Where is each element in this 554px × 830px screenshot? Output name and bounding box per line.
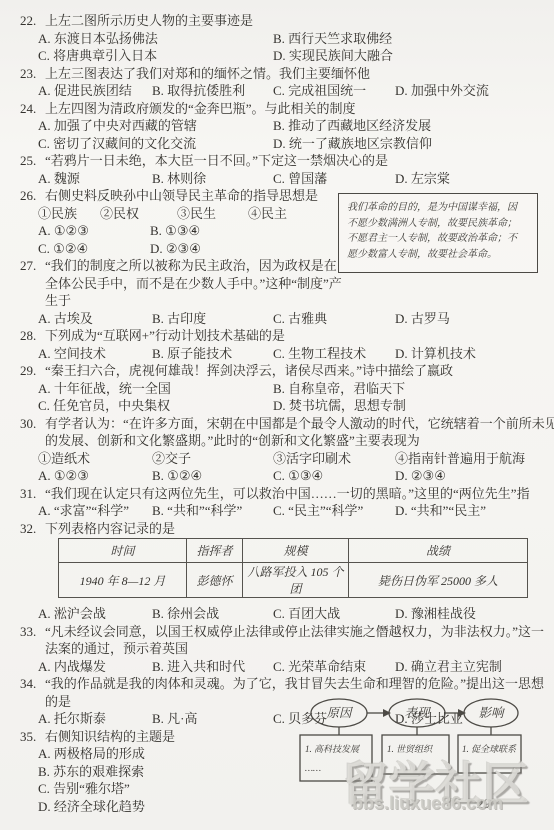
q24-option-b: B. 推动了西藏地区经济发展 <box>273 117 554 135</box>
q27-stem-line-1: “我们的制度之所以被称为民主政治，因为政权是在 <box>45 257 337 275</box>
q29-option-a: A. 十年征战，统一全国 <box>38 380 273 398</box>
q29-stem: 29.“秦王扫六合，虎视何雄哉！挥剑决浮云，诸侯尽西来。”诗中描绘了嬴政 <box>0 362 554 380</box>
q35-box-manifestation <box>382 735 449 774</box>
q26-box-line-4: 愿少数富人专制，故要社会革命。 <box>347 247 529 263</box>
q32-stem-text: 下列表格内容记录的是 <box>45 520 175 538</box>
q24-option-a: A. 加强了中央对西藏的管辖 <box>38 117 273 135</box>
q28-stem: 28.下列成为“互联网+”行动计划技术基础的是 <box>0 327 554 345</box>
q28-option-a: A. 空间技术 <box>38 345 152 363</box>
q23-option-d: D. 加强中外交流 <box>395 82 554 100</box>
q30-item-3: ③活字印刷术 <box>273 450 395 468</box>
q33-stem: 33.“凡未经议会同意，以国王权威停止法律或停止法律实施之僭越权力，为非法权力。… <box>0 623 554 641</box>
q27-option-c: C. 古雅典 <box>273 310 395 328</box>
q25-option-a: A. 魏源 <box>38 170 152 188</box>
q35-box-cause-ellipsis: …… <box>305 763 321 773</box>
q34-option-b: B. 凡·高 <box>152 710 273 728</box>
q27-number: 27. <box>20 257 45 275</box>
q23-option-a: A. 促进民族团结 <box>38 82 152 100</box>
q27-options-row: A. 古埃及B. 古印度C. 古雅典D. 古罗马 <box>0 310 554 328</box>
q32-table-data-row: 1940 年 8—12 月 彭德怀 八路军投入 105 个团 毙伤日伪军 250… <box>59 563 528 598</box>
q35-number: 35. <box>20 728 45 746</box>
q33-option-b: B. 进入共和时代 <box>152 658 273 676</box>
q25-stem: 25.“若鸦片一日未绝，本大臣一日不回。”下定这一禁烟决心的是 <box>0 152 554 170</box>
q31-options-row: A. “求富”“科学”B. “共和”“科学”C. “民主”“科学”D. “共和”… <box>0 502 554 520</box>
q26-item-1: ①民族 <box>38 205 100 223</box>
q26-box-line-2: 不愿少数满洲人专制，故要民族革命； <box>347 216 529 232</box>
q30-stem-line-2: 的发展、创新和文化繁盛期。”此时的“创新和文化繁盛”主要表现为 <box>0 432 554 450</box>
q24-stem-text: 上左四图为清政府颁发的“金奔巴瓶”。与此相关的制度 <box>45 100 356 118</box>
q26-source-material-box: 我们革命的目的，是为中国谋幸福，因 不愿少数满洲人专制，故要民族革命； 不愿君主… <box>338 193 538 273</box>
q30-options-row: A. ①②③B. ①②④C. ①③④D. ②③④ <box>0 467 554 485</box>
q34-option-a: A. 托尔斯泰 <box>38 710 152 728</box>
q30-number: 30. <box>20 415 45 433</box>
q34-stem-line-1: “我的作品就是我的肉体和灵魂。为了它，我甘冒失去生命和理智的危险。”提出这一思想 <box>45 675 544 693</box>
q30-option-b: B. ①②④ <box>152 467 273 485</box>
q22-option-d: D. 实现民族间大融合 <box>273 47 554 65</box>
q24-options-row-1: A. 加强了中央对西藏的管辖B. 推动了西藏地区经济发展 <box>0 117 554 135</box>
q28-option-d: D. 计算机技术 <box>395 345 554 363</box>
q24-options-row-2: C. 密切了汉藏间的文化交流D. 统一了藏族地区宗教信仰 <box>0 135 554 153</box>
q26-stem-text: 右侧史料反映孙中山领导民主革命的指导思想是 <box>45 187 318 205</box>
q35-box-cause-text: 1. 高科技发展 <box>305 744 360 754</box>
q32-cell-time: 1940 年 8—12 月 <box>59 563 187 598</box>
q22-options-row-2: C. 将唐典章引入日本D. 实现民族间大融合 <box>0 47 554 65</box>
q30-stem: 30.有学者认为：“在许多方面，宋朝在中国都是个最令人激动的时代，它统辖着一个前… <box>0 415 554 433</box>
q35-diagram-svg: 原因 表现 影响 1. 高科技发展 …… 1. 世贸组织 1. 促全球联系 <box>295 692 549 817</box>
q26-number: 26. <box>20 187 45 205</box>
q35-box-cause <box>300 735 372 781</box>
q22-number: 22. <box>20 12 45 30</box>
q25-option-c: C. 曾国藩 <box>273 170 395 188</box>
q31-stem-text: “我们现在认定只有这两位先生，可以救治中国……一切的黑暗。”这里的“两位先生”指 <box>45 485 530 503</box>
q22-option-a: A. 东渡日本弘扬佛法 <box>38 30 273 48</box>
q30-option-d: D. ②③④ <box>395 467 554 485</box>
page-number: 29 <box>477 796 490 812</box>
q28-option-c: C. 生物工程技术 <box>273 345 395 363</box>
q33-option-d: D. 确立君主立宪制 <box>395 658 554 676</box>
q30-item-2: ②交子 <box>152 450 273 468</box>
q32-header-result: 战绩 <box>349 539 528 563</box>
q29-option-b: B. 自称皇帝，君临天下 <box>273 380 554 398</box>
q22-option-b: B. 西行天竺求取佛经 <box>273 30 554 48</box>
q35-box-manifestation-text: 1. 世贸组织 <box>387 744 433 754</box>
q32-cell-result: 毙伤日伪军 25000 多人 <box>349 563 528 598</box>
q23-option-b: B. 取得抗倭胜利 <box>152 82 273 100</box>
q23-stem: 23.上左三图表达了我们对郑和的缅怀之情。我们主要缅怀他 <box>0 65 554 83</box>
q29-option-d: D. 焚书坑儒，思想专制 <box>273 397 554 415</box>
q33-option-c: C. 光荣革命结束 <box>273 658 395 676</box>
exam-page: 22.上左二图所示历史人物的主要事迹是 A. 东渡日本弘扬佛法B. 西行天竺求取… <box>0 0 554 830</box>
q32-option-b: B. 徐州会战 <box>152 605 273 623</box>
q31-stem: 31.“我们现在认定只有这两位先生，可以救治中国……一切的黑暗。”这里的“两位先… <box>0 485 554 503</box>
q25-stem-text: “若鸦片一日未绝，本大臣一日不回。”下定这一禁烟决心的是 <box>45 152 388 170</box>
q32-cell-scale: 八路军投入 105 个团 <box>243 563 349 598</box>
q24-number: 24. <box>20 100 45 118</box>
q30-stem-line-1: 有学者认为：“在许多方面，宋朝在中国都是个最令人激动的时代，它统辖着一个前所未见 <box>45 415 554 433</box>
q26-box-line-1: 我们革命的目的，是为中国谋幸福，因 <box>347 200 529 216</box>
q27-stem-line-2: 全体公民手中，而不是在少数人手中。”这种“制度”产 <box>0 275 554 293</box>
q32-option-d: D. 豫湘桂战役 <box>395 605 554 623</box>
q29-options-row-2: C. 任免官员，中央集权D. 焚书坑儒，思想专制 <box>0 397 554 415</box>
q27-option-b: B. 古印度 <box>152 310 273 328</box>
q32-stem: 32.下列表格内容记录的是 <box>0 520 554 538</box>
q27-option-d: D. 古罗马 <box>395 310 554 328</box>
q26-option-c: C. ①②④ <box>38 240 150 258</box>
q25-options-row: A. 魏源B. 林则徐C. 曾国藩D. 左宗棠 <box>0 170 554 188</box>
q35-oval-cause-label: 原因 <box>326 706 354 720</box>
q33-stem-line-1: “凡未经议会同意，以国王权威停止法律或停止法律实施之僭越权力，为非法权力。”这一 <box>45 623 544 641</box>
q27-stem-line-3: 生于 <box>0 292 554 310</box>
q25-number: 25. <box>20 152 45 170</box>
q29-number: 29. <box>20 362 45 380</box>
q23-options-row: A. 促进民族团结B. 取得抗倭胜利C. 完成祖国统一D. 加强中外交流 <box>0 82 554 100</box>
q22-stem: 22.上左二图所示历史人物的主要事迹是 <box>0 12 554 30</box>
q24-stem: 24.上左四图为清政府颁发的“金奔巴瓶”。与此相关的制度 <box>0 100 554 118</box>
q34-number: 34. <box>20 675 45 693</box>
q31-option-c: C. “民主”“科学” <box>273 502 395 520</box>
q31-option-b: B. “共和”“科学” <box>152 502 273 520</box>
q26-item-2: ②民权 <box>100 205 177 223</box>
q32-table-header-row: 时间 指挥者 规模 战绩 <box>59 539 528 563</box>
q29-options-row-1: A. 十年征战，统一全国B. 自称皇帝，君临天下 <box>0 380 554 398</box>
q31-number: 31. <box>20 485 45 503</box>
q32-cell-commander: 彭德怀 <box>187 563 243 598</box>
q25-option-b: B. 林则徐 <box>152 170 273 188</box>
q27-option-a: A. 古埃及 <box>38 310 152 328</box>
q32-header-scale: 规模 <box>243 539 349 563</box>
q32-header-time: 时间 <box>59 539 187 563</box>
q24-option-d: D. 统一了藏族地区宗教信仰 <box>273 135 554 153</box>
q23-number: 23. <box>20 65 45 83</box>
q26-box-line-3: 不愿君主一人专制，故要政治革命；不 <box>347 231 529 247</box>
q32-options-row: A. 淞沪会战B. 徐州会战C. 百团大战D. 豫湘桂战役 <box>0 605 554 623</box>
q28-options-row: A. 空间技术B. 原子能技术C. 生物工程技术D. 计算机技术 <box>0 345 554 363</box>
q35-knowledge-structure-diagram: 原因 表现 影响 1. 高科技发展 …… 1. 世贸组织 1. 促全球联系 <box>295 692 549 817</box>
q22-stem-text: 上左二图所示历史人物的主要事迹是 <box>45 12 253 30</box>
q30-option-c: C. ①③④ <box>273 467 395 485</box>
q33-option-a: A. 内战爆发 <box>38 658 152 676</box>
q23-stem-text: 上左三图表达了我们对郑和的缅怀之情。我们主要缅怀他 <box>45 65 370 83</box>
q29-stem-text: “秦王扫六合，虎视何雄哉！挥剑决浮云，诸侯尽西来。”诗中描绘了嬴政 <box>45 362 453 380</box>
q28-stem-text: 下列成为“互联网+”行动计划技术基础的是 <box>45 327 285 345</box>
q33-stem-line-2: 法案的通过，预示着英国 <box>0 640 554 658</box>
q29-option-c: C. 任免官员，中央集权 <box>38 397 273 415</box>
q30-option-a: A. ①②③ <box>38 467 152 485</box>
q33-number: 33. <box>20 623 45 641</box>
q22-options-row-1: A. 东渡日本弘扬佛法B. 西行天竺求取佛经 <box>0 30 554 48</box>
q23-option-c: C. 完成祖国统一 <box>273 82 395 100</box>
q35-oval-impact-label: 影响 <box>478 706 505 720</box>
q35-oval-manifestation-label: 表现 <box>404 706 432 720</box>
q24-option-c: C. 密切了汉藏间的文化交流 <box>38 135 273 153</box>
q28-number: 28. <box>20 327 45 345</box>
q35-box-impact <box>458 735 521 773</box>
q26-option-a: A. ①②③ <box>38 222 150 240</box>
q28-option-b: B. 原子能技术 <box>152 345 273 363</box>
q22-option-c: C. 将唐典章引入日本 <box>38 47 273 65</box>
q32-option-c: C. 百团大战 <box>273 605 395 623</box>
q32-number: 32. <box>20 520 45 538</box>
q30-items-row: ①造纸术②交子③活字印刷术④指南针普遍用于航海 <box>0 450 554 468</box>
q34-stem: 34.“我的作品就是我的肉体和灵魂。为了它，我甘冒失去生命和理智的危险。”提出这… <box>0 675 554 693</box>
q25-option-d: D. 左宗棠 <box>395 170 554 188</box>
q35-stem-text: 右侧知识结构的主题是 <box>45 728 175 746</box>
q32-option-a: A. 淞沪会战 <box>38 605 152 623</box>
q32-battle-table: 时间 指挥者 规模 战绩 1940 年 8—12 月 彭德怀 八路军投入 105… <box>58 538 528 598</box>
q33-options-row: A. 内战爆发B. 进入共和时代C. 光荣革命结束D. 确立君主立宪制 <box>0 658 554 676</box>
q30-item-4: ④指南针普遍用于航海 <box>395 450 554 468</box>
q31-option-d: D. “共和”“民主” <box>395 502 554 520</box>
q31-option-a: A. “求富”“科学” <box>38 502 152 520</box>
q35-box-impact-text: 1. 促全球联系 <box>462 744 517 754</box>
q26-item-3: ③民生 <box>177 205 248 223</box>
q30-item-1: ①造纸术 <box>38 450 152 468</box>
q32-header-commander: 指挥者 <box>187 539 243 563</box>
